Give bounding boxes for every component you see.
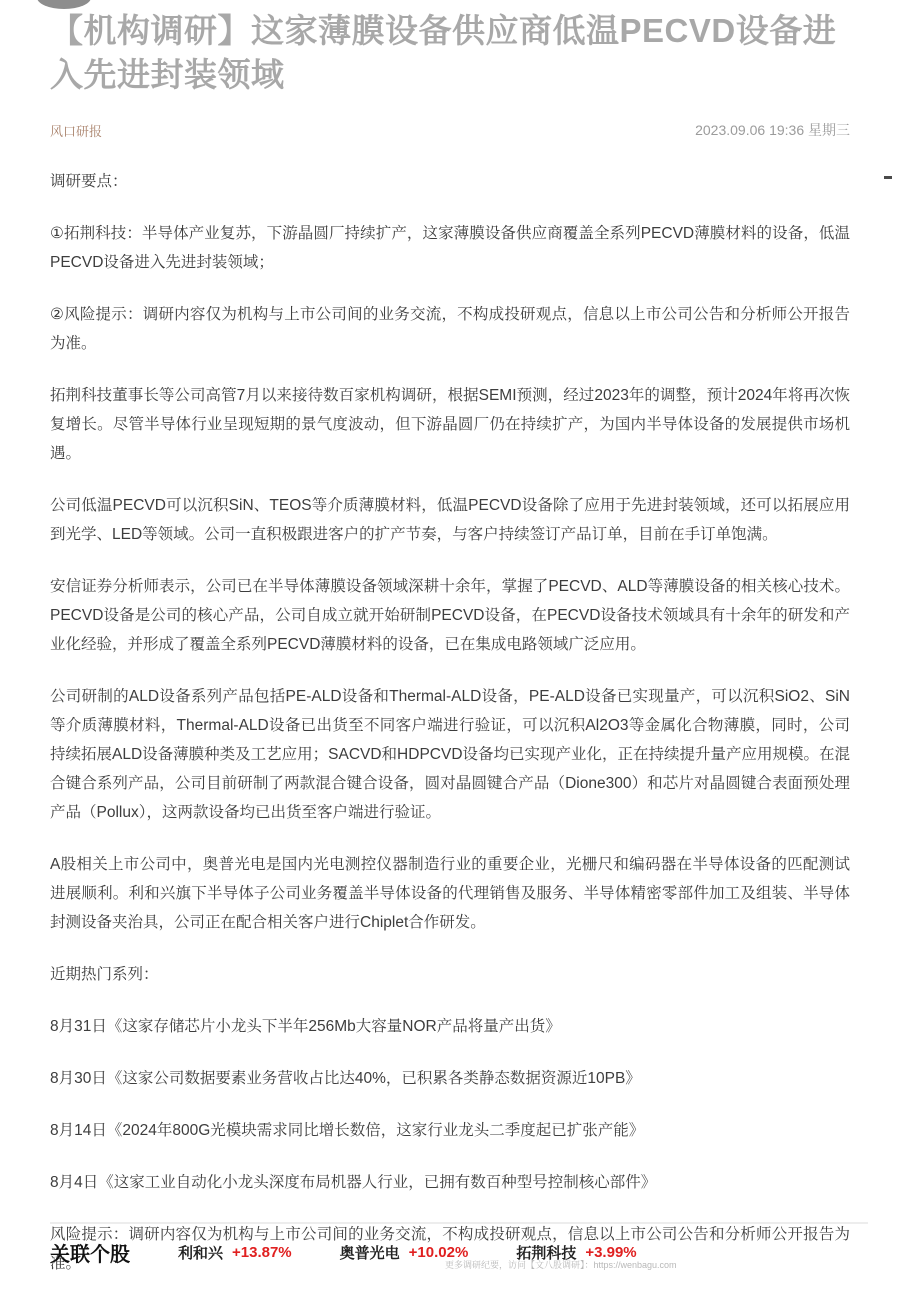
publish-datetime: 2023.09.06 19:36 星期三	[695, 120, 850, 140]
stock-name[interactable]: 奥普光电	[340, 1242, 400, 1263]
scrollbar-thumb[interactable]	[884, 176, 892, 179]
article-paragraph: 近期热门系列：	[50, 960, 850, 989]
article-paragraph: 公司研制的ALD设备系列产品包括PE-ALD设备和Thermal-ALD设备，P…	[50, 682, 850, 827]
stock-change: +13.87%	[232, 1244, 292, 1261]
article-paragraph: 8月4日《这家工业自动化小龙头深度布局机器人行业，已拥有数百种型号控制核心部件》	[50, 1168, 850, 1197]
article-paragraph: ②风险提示：调研内容仅为机构与上市公司间的业务交流，不构成投研观点，信息以上市公…	[50, 300, 850, 358]
article-paragraph: 8月31日《这家存储芯片小龙头下半年256Mb大容量NOR产品将量产出货》	[50, 1012, 850, 1041]
article-body: 调研要点： ①拓荆科技：半导体产业复苏，下游晶圆厂持续扩产，这家薄膜设备供应商覆…	[50, 167, 850, 1278]
article-paragraph: A股相关上市公司中，奥普光电是国内光电测控仪器制造行业的重要企业，光栅尺和编码器…	[50, 850, 850, 937]
related-stocks-label: 关联个股	[50, 1238, 130, 1267]
promo-note: 更多调研纪要，访问【文八股调研】：https://wenbagu.com	[445, 1258, 677, 1271]
article-paragraph: 8月14日《2024年800G光模块需求同比增长数倍，这家行业龙头二季度起已扩张…	[50, 1116, 850, 1145]
article-paragraph: 8月30日《这家公司数据要素业务营收占比达40%，已积累各类静态数据资源近10P…	[50, 1064, 850, 1093]
page-title: 【机构调研】这家薄膜设备供应商低温PECVD设备进入先进封装领域	[50, 9, 850, 97]
article-paragraph: ①拓荆科技：半导体产业复苏，下游晶圆厂持续扩产，这家薄膜设备供应商覆盖全系列PE…	[50, 219, 850, 277]
meta-row: 风口研报 2023.09.06 19:36 星期三	[50, 120, 850, 140]
article-paragraph: 安信证券分析师表示，公司已在半导体薄膜设备领域深耕十余年，掌握了PECVD、AL…	[50, 572, 850, 659]
source-label[interactable]: 风口研报	[50, 121, 102, 140]
stock-name[interactable]: 利和兴	[178, 1242, 223, 1263]
article-paragraph: 调研要点：	[50, 167, 850, 196]
article-paragraph: 拓荆科技董事长等公司高管7月以来接待数百家机构调研，根据SEMI预测，经过202…	[50, 381, 850, 468]
section-divider	[50, 1222, 868, 1224]
stock-item[interactable]: 利和兴 +13.87%	[178, 1242, 292, 1263]
related-stocks-section: 关联个股 利和兴 +13.87% 奥普光电 +10.02% 拓荆科技 +3.99…	[0, 1222, 900, 1267]
article-paragraph: 公司低温PECVD可以沉积SiN、TEOS等介质薄膜材料，低温PECVD设备除了…	[50, 491, 850, 549]
avatar-partial-circle	[37, 0, 91, 9]
